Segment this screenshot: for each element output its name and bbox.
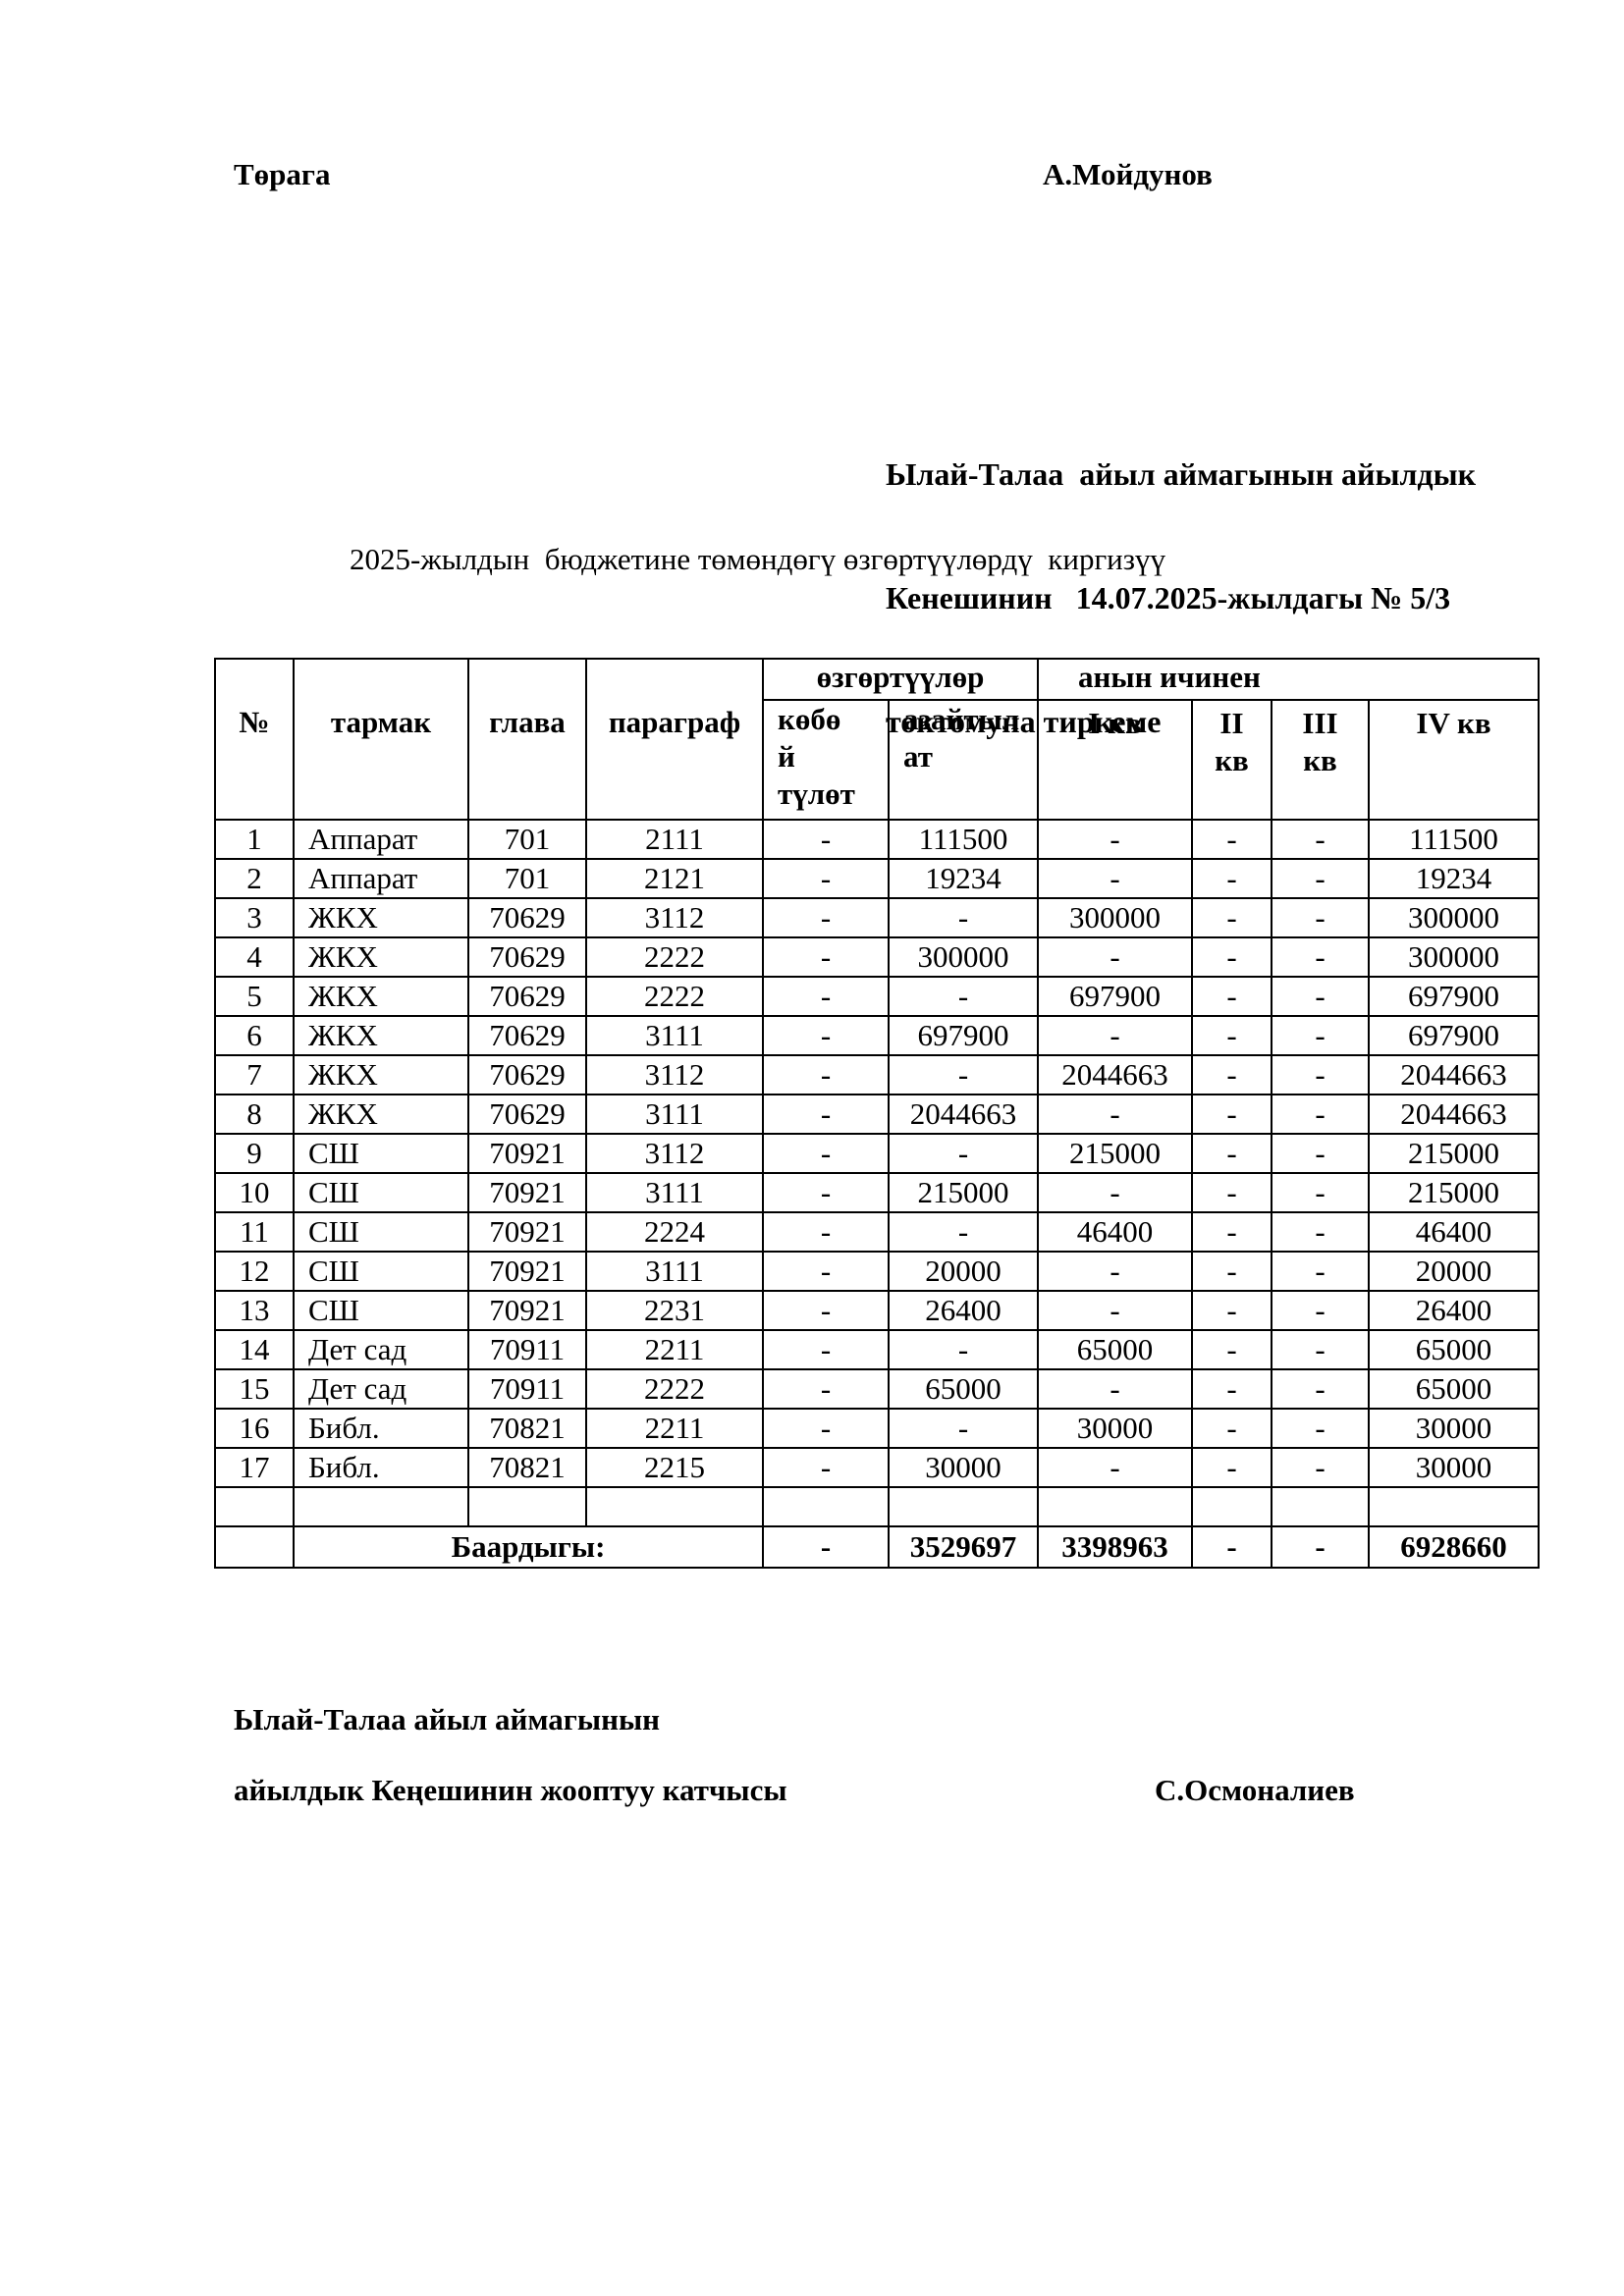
cell-branch: ЖКХ [294,977,468,1016]
cell-q3: - [1272,898,1369,937]
cell-increase: - [763,1095,889,1134]
cell-chapter: 701 [468,859,586,898]
cell-q2: - [1192,820,1272,859]
table-row: 13 СШ 70921 2231 - 26400 - - - 26400 [215,1291,1539,1330]
cell-q3: - [1272,1134,1369,1173]
table-body: 1 Аппарат 701 2111 - 111500 - - - 111500… [215,820,1539,1487]
cell-q4: 19234 [1369,859,1539,898]
total-increase: - [763,1526,889,1568]
cell-chapter: 70911 [468,1330,586,1369]
cell-no: 16 [215,1409,294,1448]
cell-chapter: 70629 [468,1016,586,1055]
table-row: 12 СШ 70921 3111 - 20000 - - - 20000 [215,1252,1539,1291]
cell-q1: 46400 [1038,1212,1192,1252]
cell-q4: 30000 [1369,1448,1539,1487]
cell-q3: - [1272,1252,1369,1291]
cell-no: 12 [215,1252,294,1291]
cell-paragraph: 3111 [586,1173,763,1212]
table-row: 14 Дет сад 70911 2211 - - 65000 - - 6500… [215,1330,1539,1369]
cell-decrease: - [889,1134,1038,1173]
cell-q1: - [1038,1095,1192,1134]
table-row: 1 Аппарат 701 2111 - 111500 - - - 111500 [215,820,1539,859]
cell-q1: - [1038,1252,1192,1291]
cell-q2: - [1192,1409,1272,1448]
cell-q4: 300000 [1369,937,1539,977]
cell-no: 15 [215,1369,294,1409]
table-row: 17 Библ. 70821 2215 - 30000 - - - 30000 [215,1448,1539,1487]
header-no: № [215,659,294,820]
cell-decrease: 26400 [889,1291,1038,1330]
cell-chapter: 70921 [468,1291,586,1330]
cell-paragraph: 2224 [586,1212,763,1252]
cell-paragraph: 3111 [586,1095,763,1134]
cell-q4: 111500 [1369,820,1539,859]
cell-q3: - [1272,977,1369,1016]
cell-increase: - [763,1291,889,1330]
cell-q4: 20000 [1369,1252,1539,1291]
cell-q1: 65000 [1038,1330,1192,1369]
cell-q4: 697900 [1369,977,1539,1016]
cell-branch: ЖКХ [294,898,468,937]
cell-q4: 65000 [1369,1369,1539,1409]
cell-chapter: 70629 [468,1055,586,1095]
cell-paragraph: 2121 [586,859,763,898]
cell-q2: - [1192,1212,1272,1252]
cell-no: 1 [215,820,294,859]
cell-branch: Аппарат [294,820,468,859]
cell-decrease: 300000 [889,937,1038,977]
cell-paragraph: 3111 [586,1016,763,1055]
cell-increase: - [763,1212,889,1252]
header-chapter: глава [468,659,586,820]
cell-increase: - [763,977,889,1016]
cell-q3: - [1272,1055,1369,1095]
empty-row [215,1487,1539,1526]
cell-decrease: - [889,1055,1038,1095]
total-label: Баардыгы: [294,1526,763,1568]
table-row: 11 СШ 70921 2224 - - 46400 - - 46400 [215,1212,1539,1252]
cell-decrease: 2044663 [889,1095,1038,1134]
cell-decrease: - [889,1212,1038,1252]
cell-q2: - [1192,1173,1272,1212]
cell-paragraph: 2211 [586,1330,763,1369]
cell-q2: - [1192,977,1272,1016]
appendix-line-2: Кенешинин 14.07.2025-жылдагы № 5/3 [886,577,1476,618]
cell-q1: 2044663 [1038,1055,1192,1095]
cell-decrease: 697900 [889,1016,1038,1055]
cell-q2: - [1192,1369,1272,1409]
cell-q3: - [1272,1173,1369,1212]
cell-q2: - [1192,859,1272,898]
total-q1: 3398963 [1038,1526,1192,1568]
cell-chapter: 70921 [468,1134,586,1173]
cell-chapter: 70921 [468,1212,586,1252]
cell-q4: 30000 [1369,1409,1539,1448]
cell-q2: - [1192,1330,1272,1369]
header-increase: көбө й түлөт [763,700,889,820]
cell-increase: - [763,1409,889,1448]
cell-paragraph: 2222 [586,977,763,1016]
cell-paragraph: 2211 [586,1409,763,1448]
cell-q2: - [1192,1055,1272,1095]
cell-branch: СШ [294,1173,468,1212]
cell-paragraph: 2222 [586,937,763,977]
cell-q1: 697900 [1038,977,1192,1016]
cell-branch: СШ [294,1252,468,1291]
cell-chapter: 70821 [468,1409,586,1448]
header-decrease: азайтыл ат [889,700,1038,820]
cell-q1: - [1038,1369,1192,1409]
cell-q4: 26400 [1369,1291,1539,1330]
cell-increase: - [763,1330,889,1369]
cell-q1: - [1038,1291,1192,1330]
cell-q4: 2044663 [1369,1095,1539,1134]
secretary-name: С.Осмоналиев [1155,1773,1355,1808]
header-branch: тармак [294,659,468,820]
cell-paragraph: 3112 [586,1055,763,1095]
cell-q1: - [1038,1016,1192,1055]
cell-q4: 65000 [1369,1330,1539,1369]
cell-q1: - [1038,1173,1192,1212]
cell-decrease: 111500 [889,820,1038,859]
cell-paragraph: 3112 [586,1134,763,1173]
appendix-line-1: Ылай-Талаа айыл аймагынын айылдык [886,454,1476,495]
table-row: 3 ЖКХ 70629 3112 - - 300000 - - 300000 [215,898,1539,937]
total-q3: - [1272,1526,1369,1568]
table-row: 7 ЖКХ 70629 3112 - - 2044663 - - 2044663 [215,1055,1539,1095]
cell-decrease: 65000 [889,1369,1038,1409]
cell-increase: - [763,937,889,977]
cell-q2: - [1192,1291,1272,1330]
cell-no: 13 [215,1291,294,1330]
cell-increase: - [763,1173,889,1212]
cell-no: 11 [215,1212,294,1252]
cell-branch: Библ. [294,1409,468,1448]
document-subtitle: 2025-жылдын бюджетине төмөндөгү өзгөртүү… [350,542,1165,577]
cell-q1: - [1038,820,1192,859]
table-row: 4 ЖКХ 70629 2222 - 300000 - - - 300000 [215,937,1539,977]
cell-q3: - [1272,1330,1369,1369]
cell-q2: - [1192,1016,1272,1055]
cell-no: 6 [215,1016,294,1055]
cell-q2: - [1192,1448,1272,1487]
table-row: 10 СШ 70921 3111 - 215000 - - - 215000 [215,1173,1539,1212]
header-q3: III кв [1272,700,1369,820]
cell-q4: 215000 [1369,1173,1539,1212]
cell-decrease: 20000 [889,1252,1038,1291]
cell-branch: Библ. [294,1448,468,1487]
cell-q1: 30000 [1038,1409,1192,1448]
table-row: 15 Дет сад 70911 2222 - 65000 - - - 6500… [215,1369,1539,1409]
cell-increase: - [763,1134,889,1173]
cell-increase: - [763,859,889,898]
cell-q1: - [1038,859,1192,898]
cell-chapter: 701 [468,820,586,859]
table-row: 5 ЖКХ 70629 2222 - - 697900 - - 697900 [215,977,1539,1016]
cell-no: 7 [215,1055,294,1095]
cell-no: 4 [215,937,294,977]
cell-decrease: - [889,1409,1038,1448]
cell-q4: 215000 [1369,1134,1539,1173]
cell-branch: Дет сад [294,1330,468,1369]
table-row: 9 СШ 70921 3112 - - 215000 - - 215000 [215,1134,1539,1173]
cell-q4: 697900 [1369,1016,1539,1055]
cell-branch: Аппарат [294,859,468,898]
cell-q1: 215000 [1038,1134,1192,1173]
cell-q4: 2044663 [1369,1055,1539,1095]
header-q2: II кв [1192,700,1272,820]
cell-chapter: 70921 [468,1173,586,1212]
cell-decrease: 19234 [889,859,1038,898]
cell-q3: - [1272,1448,1369,1487]
cell-q3: - [1272,1291,1369,1330]
cell-q3: - [1272,937,1369,977]
cell-chapter: 70921 [468,1252,586,1291]
cell-no: 5 [215,977,294,1016]
table-row: 6 ЖКХ 70629 3111 - 697900 - - - 697900 [215,1016,1539,1055]
cell-increase: - [763,1448,889,1487]
cell-no: 17 [215,1448,294,1487]
header-paragraph: параграф [586,659,763,820]
cell-q2: - [1192,1095,1272,1134]
total-row: Баардыгы: - 3529697 3398963 - - 6928660 [215,1526,1539,1568]
chair-title: Төрага [234,157,331,192]
header-including-group: анын ичинен [1038,659,1539,700]
cell-q1: - [1038,1448,1192,1487]
cell-q2: - [1192,937,1272,977]
total-q2: - [1192,1526,1272,1568]
cell-chapter: 70629 [468,898,586,937]
cell-q3: - [1272,1212,1369,1252]
cell-branch: СШ [294,1291,468,1330]
cell-q4: 300000 [1369,898,1539,937]
cell-branch: ЖКХ [294,1016,468,1055]
cell-branch: ЖКХ [294,1095,468,1134]
total-no-cell [215,1526,294,1568]
cell-q3: - [1272,859,1369,898]
cell-q3: - [1272,820,1369,859]
cell-increase: - [763,1252,889,1291]
cell-chapter: 70821 [468,1448,586,1487]
cell-paragraph: 2222 [586,1369,763,1409]
table-row: 2 Аппарат 701 2121 - 19234 - - - 19234 [215,859,1539,898]
cell-paragraph: 3111 [586,1252,763,1291]
cell-decrease: - [889,977,1038,1016]
header-q1: I кв [1038,700,1192,820]
cell-paragraph: 2231 [586,1291,763,1330]
cell-branch: ЖКХ [294,937,468,977]
cell-increase: - [763,898,889,937]
cell-q3: - [1272,1016,1369,1055]
cell-q2: - [1192,1134,1272,1173]
cell-branch: СШ [294,1212,468,1252]
total-q4: 6928660 [1369,1526,1539,1568]
header-changes-group: өзгөртүүлөр [763,659,1038,700]
table-row: 8 ЖКХ 70629 3111 - 2044663 - - - 2044663 [215,1095,1539,1134]
cell-branch: Дет сад [294,1369,468,1409]
cell-no: 8 [215,1095,294,1134]
cell-decrease: 215000 [889,1173,1038,1212]
cell-q3: - [1272,1409,1369,1448]
cell-no: 2 [215,859,294,898]
cell-chapter: 70911 [468,1369,586,1409]
cell-no: 3 [215,898,294,937]
cell-q3: - [1272,1369,1369,1409]
cell-chapter: 70629 [468,937,586,977]
header-q4: IV кв [1369,700,1539,820]
cell-q4: 46400 [1369,1212,1539,1252]
total-decrease: 3529697 [889,1526,1038,1568]
cell-q1: 300000 [1038,898,1192,937]
chair-name: А.Мойдунов [1043,157,1213,192]
footer-line-1: Ылай-Талаа айыл аймагынын [234,1702,660,1737]
footer-line-2: айылдык Кеңешинин жооптуу катчысы [234,1773,787,1808]
cell-q3: - [1272,1095,1369,1134]
cell-paragraph: 3112 [586,898,763,937]
cell-paragraph: 2111 [586,820,763,859]
cell-q1: - [1038,937,1192,977]
budget-changes-table: № тармак глава параграф өзгөртүүлөр анын… [214,658,1540,1569]
cell-decrease: - [889,1330,1038,1369]
cell-paragraph: 2215 [586,1448,763,1487]
cell-increase: - [763,820,889,859]
cell-chapter: 70629 [468,1095,586,1134]
cell-branch: СШ [294,1134,468,1173]
cell-decrease: 30000 [889,1448,1038,1487]
cell-increase: - [763,1055,889,1095]
cell-no: 9 [215,1134,294,1173]
cell-chapter: 70629 [468,977,586,1016]
cell-increase: - [763,1369,889,1409]
cell-branch: ЖКХ [294,1055,468,1095]
cell-q2: - [1192,1252,1272,1291]
cell-q2: - [1192,898,1272,937]
cell-no: 10 [215,1173,294,1212]
cell-decrease: - [889,898,1038,937]
cell-no: 14 [215,1330,294,1369]
table-row: 16 Библ. 70821 2211 - - 30000 - - 30000 [215,1409,1539,1448]
cell-increase: - [763,1016,889,1055]
